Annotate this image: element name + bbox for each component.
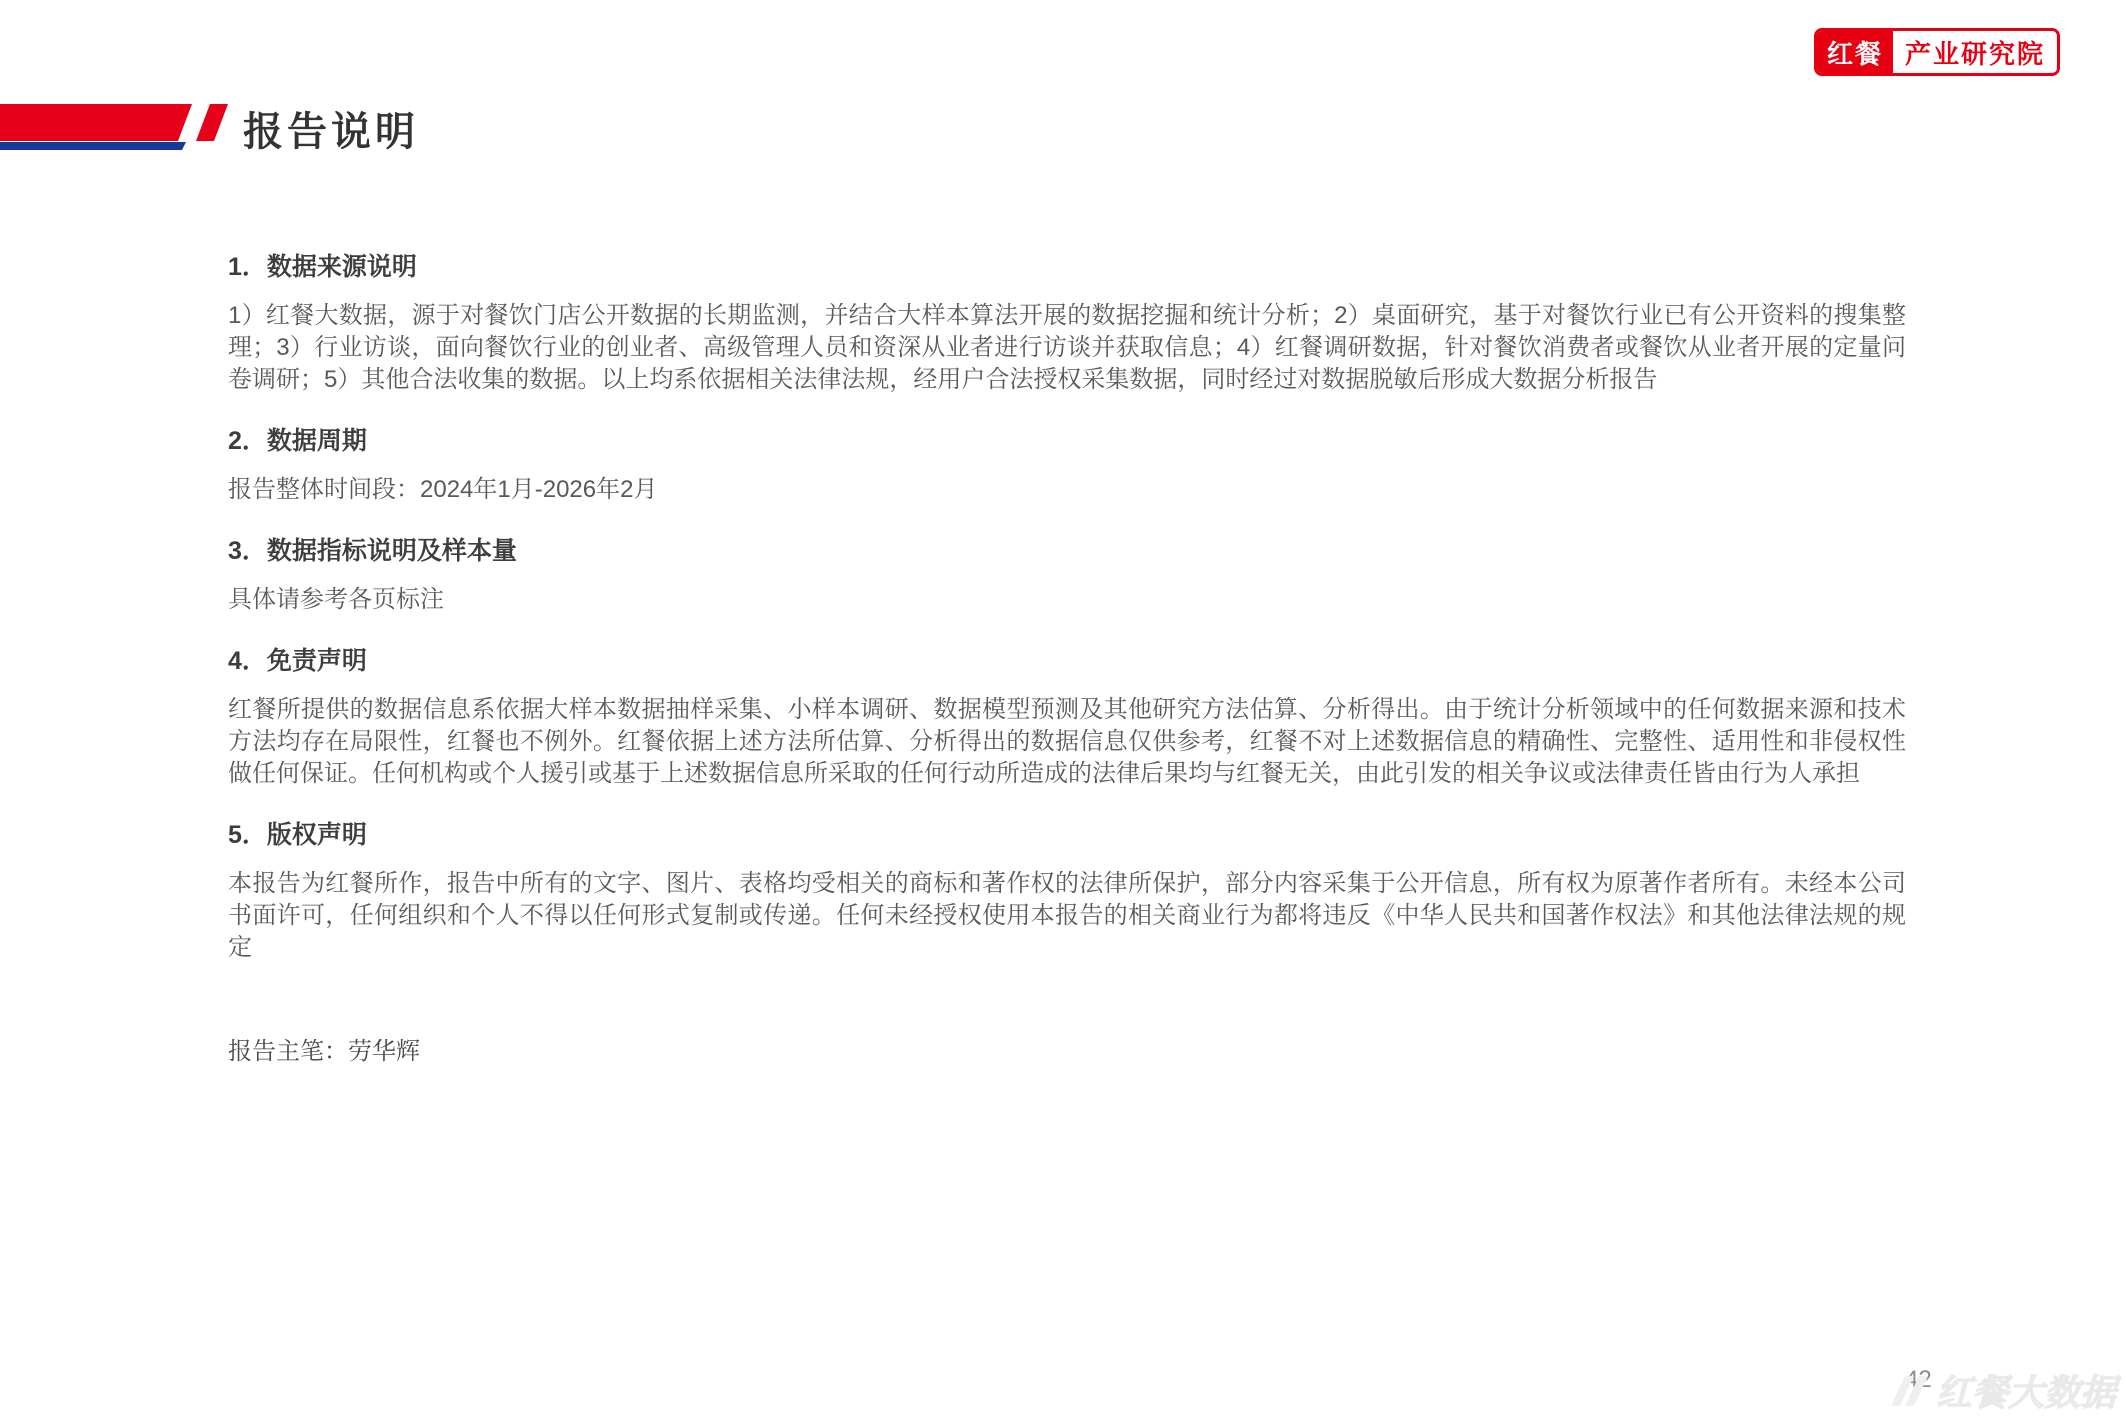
section-disclaimer: 4．免责声明 红餐所提供的数据信息系依据大样本数据抽样采集、小样本调研、数据模型…	[228, 646, 1906, 790]
section-indicators-sample: 3．数据指标说明及样本量 具体请参考各页标注	[228, 536, 1906, 616]
report-notes-content: 1．数据来源说明 1）红餐大数据，源于对餐饮门店公开数据的长期监测，并结合大样本…	[228, 240, 1906, 1068]
section-heading: 3．数据指标说明及样本量	[228, 536, 1906, 566]
watermark-text: 红餐大数据	[1936, 1365, 2116, 1416]
section-heading: 4．免责声明	[228, 646, 1906, 676]
author-note: 报告主笔：劳华辉	[228, 1036, 1906, 1068]
brand-logo-primary: 红餐	[1817, 31, 1893, 73]
title-banner-red-tip	[196, 104, 228, 141]
section-body: 具体请参考各页标注	[228, 584, 1906, 616]
brand-logo-secondary: 产业研究院	[1893, 31, 2057, 73]
page-number: 42	[1905, 1366, 1932, 1394]
section-copyright: 5．版权声明 本报告为红餐所作，报告中所有的文字、图片、表格均受相关的商标和著作…	[228, 820, 1906, 964]
section-heading: 2．数据周期	[228, 426, 1906, 456]
section-heading: 1．数据来源说明	[228, 252, 1906, 282]
section-body: 红餐所提供的数据信息系依据大样本数据抽样采集、小样本调研、数据模型预测及其他研究…	[228, 694, 1906, 790]
brand-logo: 红餐 产业研究院	[1814, 28, 2060, 76]
section-heading: 5．版权声明	[228, 820, 1906, 850]
title-banner-blue-bar	[0, 142, 186, 150]
title-banner-red-shape	[0, 104, 192, 141]
section-body: 本报告为红餐所作，报告中所有的文字、图片、表格均受相关的商标和著作权的法律所保护…	[228, 868, 1906, 964]
section-body: 报告整体时间段：2024年1月-2026年2月	[228, 474, 1906, 506]
section-body: 1）红餐大数据，源于对餐饮门店公开数据的长期监测，并结合大样本算法开展的数据挖掘…	[228, 300, 1906, 396]
section-data-sources: 1．数据来源说明 1）红餐大数据，源于对餐饮门店公开数据的长期监测，并结合大样本…	[228, 252, 1906, 396]
section-data-period: 2．数据周期 报告整体时间段：2024年1月-2026年2月	[228, 426, 1906, 506]
page-title: 报告说明	[243, 100, 419, 157]
